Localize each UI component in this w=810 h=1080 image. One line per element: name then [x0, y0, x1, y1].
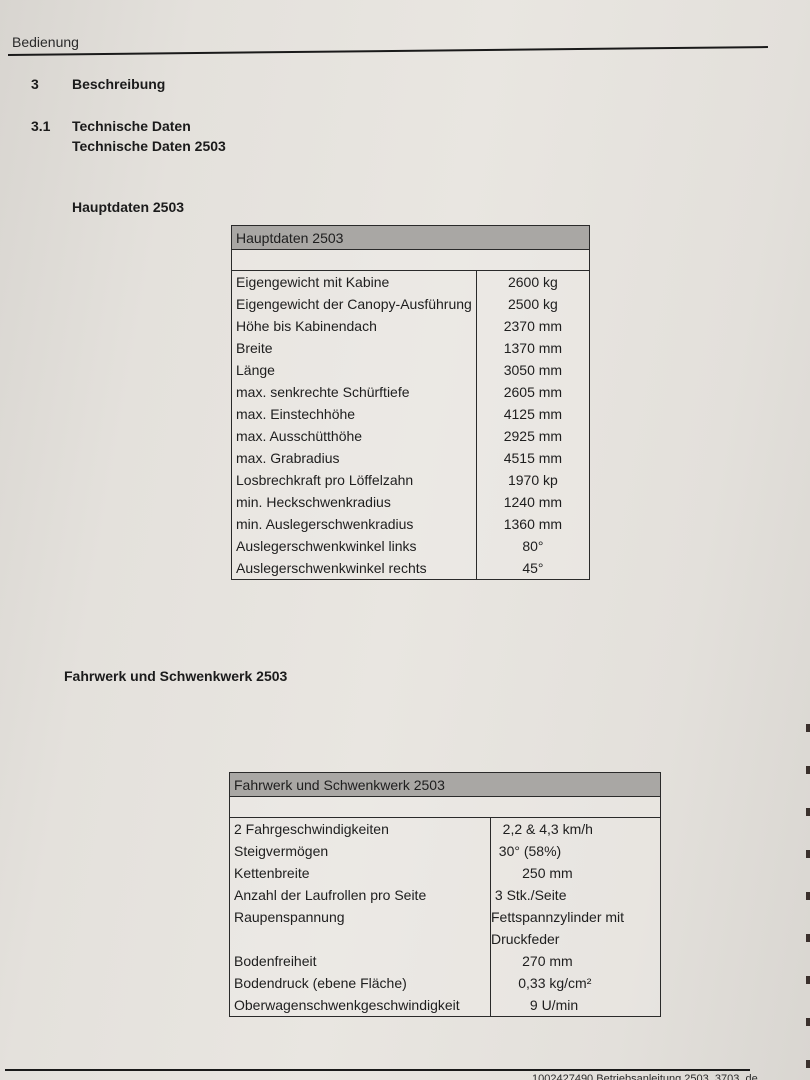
blank-row: [232, 250, 590, 271]
spec-value: 250 mm: [491, 862, 661, 884]
spec-label: Breite: [232, 337, 477, 359]
spec-label: Eigengewicht der Canopy-Ausführung: [232, 293, 477, 315]
table-row: max. senkrechte Schürftiefe2605 mm: [232, 381, 590, 403]
spec-value: 1240 mm: [476, 491, 589, 513]
spec-value: Druckfeder: [491, 928, 661, 950]
spec-value: 4125 mm: [476, 403, 589, 425]
table-row: Losbrechkraft pro Löffelzahn1970 kp: [232, 469, 590, 491]
table-row: Höhe bis Kabinendach2370 mm: [232, 315, 590, 337]
blank-row: [230, 797, 661, 818]
footer-rule: [5, 1069, 750, 1071]
spec-label: Losbrechkraft pro Löffelzahn: [232, 469, 477, 491]
subsection-number: 3.1: [31, 118, 50, 134]
header-rule: [8, 46, 768, 56]
spec-value: 80°: [476, 535, 589, 557]
spec-label: 2 Fahrgeschwindigkeiten: [230, 818, 491, 841]
table-row: Oberwagenschwenkgeschwindigkeit 9 U/min: [230, 994, 661, 1017]
undercarriage-table: Fahrwerk und Schwenkwerk 2503 2 Fahrgesc…: [229, 772, 661, 1017]
section-title: Beschreibung: [72, 74, 165, 94]
table-row: Eigengewicht mit Kabine2600 kg: [232, 271, 590, 294]
spec-value: 2,2 & 4,3 km/h: [491, 818, 661, 841]
table-row: Auslegerschwenkwinkel rechts45°: [232, 557, 590, 580]
table-row: max. Grabradius4515 mm: [232, 447, 590, 469]
spec-label: min. Heckschwenkradius: [232, 491, 477, 513]
section-number: 3: [31, 76, 39, 92]
table-row: Steigvermögen 30° (58%): [230, 840, 661, 862]
spec-value: 2500 kg: [476, 293, 589, 315]
footer-document-id: 1002427490 Betriebsanleitung 2503_3703_d…: [532, 1073, 758, 1080]
spec-label: Steigvermögen: [230, 840, 491, 862]
table-row: Kettenbreite 250 mm: [230, 862, 661, 884]
table-row: max. Ausschütthöhe2925 mm: [232, 425, 590, 447]
spec-value: 3 Stk./Seite: [491, 884, 661, 906]
table-row: RaupenspannungFettspannzylinder mit: [230, 906, 661, 928]
spec-label: Raupenspannung: [230, 906, 491, 928]
spec-value: 1360 mm: [476, 513, 589, 535]
undercarriage-table-title: Fahrwerk und Schwenkwerk 2503: [230, 773, 661, 797]
spec-label: min. Auslegerschwenkradius: [232, 513, 477, 535]
spec-value: 1970 kp: [476, 469, 589, 491]
spec-value: 45°: [476, 557, 589, 580]
main-data-table: Hauptdaten 2503 Eigengewicht mit Kabine2…: [231, 225, 590, 580]
spec-label: max. Einstechhöhe: [232, 403, 477, 425]
spec-value: 2605 mm: [476, 381, 589, 403]
spec-label: max. senkrechte Schürftiefe: [232, 381, 477, 403]
spec-label: max. Ausschütthöhe: [232, 425, 477, 447]
spec-label: Höhe bis Kabinendach: [232, 315, 477, 337]
table-row: Anzahl der Laufrollen pro Seite 3 Stk./S…: [230, 884, 661, 906]
spec-value: 2370 mm: [476, 315, 589, 337]
spec-value: 0,33 kg/cm²: [491, 972, 661, 994]
table-row: 2 Fahrgeschwindigkeiten 2,2 & 4,3 km/h: [230, 818, 661, 841]
table-row: Länge3050 mm: [232, 359, 590, 381]
spec-label: [230, 928, 491, 950]
table-row: min. Heckschwenkradius1240 mm: [232, 491, 590, 513]
table-row: Bodendruck (ebene Fläche) 0,33 kg/cm²: [230, 972, 661, 994]
spec-label: Bodendruck (ebene Fläche): [230, 972, 491, 994]
main-data-heading: Hauptdaten 2503: [72, 199, 184, 215]
spec-label: Auslegerschwenkwinkel links: [232, 535, 477, 557]
table-row: Druckfeder: [230, 928, 661, 950]
spec-label: Oberwagenschwenkgeschwindigkeit: [230, 994, 491, 1017]
spec-value: 2925 mm: [476, 425, 589, 447]
subsection-title: Technische Daten: [72, 116, 191, 136]
spec-value: 270 mm: [491, 950, 661, 972]
spec-value: 3050 mm: [476, 359, 589, 381]
spec-value: 2600 kg: [476, 271, 589, 294]
spec-label: Kettenbreite: [230, 862, 491, 884]
spec-label: Eigengewicht mit Kabine: [232, 271, 477, 294]
spec-label: Länge: [232, 359, 477, 381]
manual-page: Bedienung 3 Beschreibung 3.1 Technische …: [0, 0, 810, 1080]
subsection-subtitle: Technische Daten 2503: [72, 136, 226, 156]
spec-label: Bodenfreiheit: [230, 950, 491, 972]
spec-value: 30° (58%): [491, 840, 661, 862]
spec-label: Anzahl der Laufrollen pro Seite: [230, 884, 491, 906]
table-row: Breite1370 mm: [232, 337, 590, 359]
spec-value: 1370 mm: [476, 337, 589, 359]
table-row: Bodenfreiheit 270 mm: [230, 950, 661, 972]
main-data-table-title: Hauptdaten 2503: [232, 226, 590, 250]
table-row: min. Auslegerschwenkradius1360 mm: [232, 513, 590, 535]
spec-value: 9 U/min: [491, 994, 661, 1017]
spec-value: 4515 mm: [476, 447, 589, 469]
table-row: Eigengewicht der Canopy-Ausführung2500 k…: [232, 293, 590, 315]
running-header: Bedienung: [12, 34, 79, 50]
table-row: max. Einstechhöhe4125 mm: [232, 403, 590, 425]
spec-label: Auslegerschwenkwinkel rechts: [232, 557, 477, 580]
undercarriage-heading: Fahrwerk und Schwenkwerk 2503: [64, 668, 287, 684]
spec-value: Fettspannzylinder mit: [491, 906, 661, 928]
table-row: Auslegerschwenkwinkel links80°: [232, 535, 590, 557]
binder-holes: [806, 700, 810, 1080]
spec-label: max. Grabradius: [232, 447, 477, 469]
